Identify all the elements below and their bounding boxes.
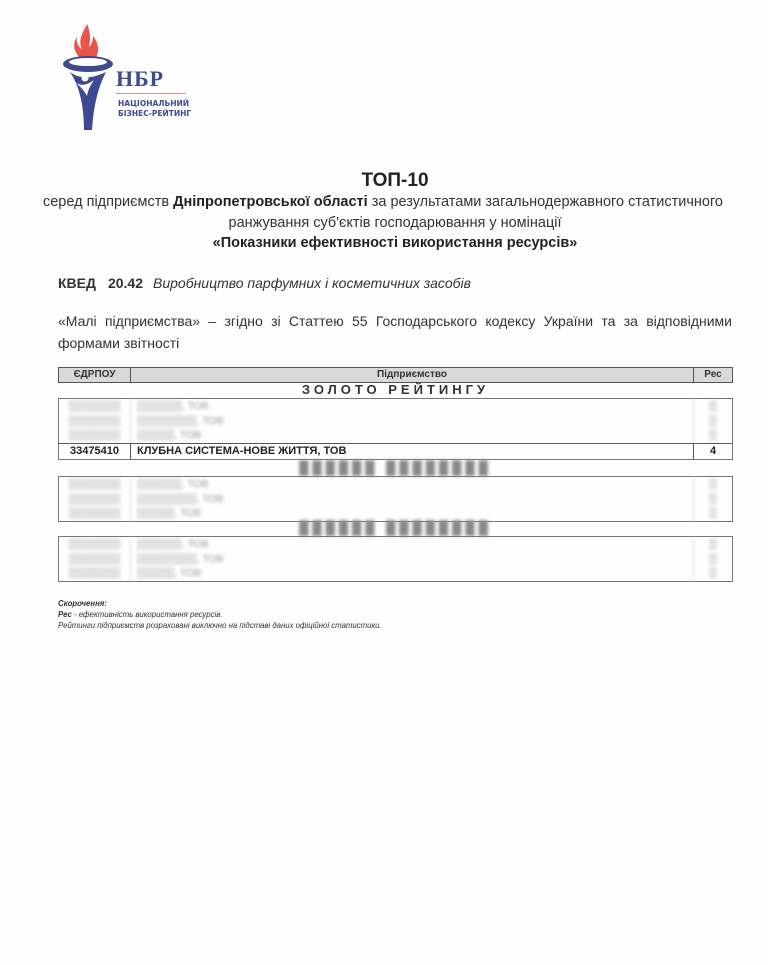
- section-group: ▒▒▒▒▒▒▒▒▒▒▒▒▒, ТОВ▒▒▒▒▒▒▒▒▒▒▒▒▒▒▒▒, ТОВ▒…: [58, 476, 733, 522]
- cell-edrpou: ▒▒▒▒▒▒▒: [59, 414, 131, 429]
- table-row: ▒▒▒▒▒▒▒▒▒▒▒▒▒, ТОВ▒: [59, 477, 732, 492]
- kved-code: 20.42: [108, 275, 143, 291]
- cell-edrpou: ▒▒▒▒▒▒▒: [59, 566, 131, 581]
- table-row: ▒▒▒▒▒▒▒▒▒▒▒▒▒, ТОВ▒: [59, 399, 732, 414]
- notes-disclaimer: Рейтинги підприємств розраховані виключн…: [58, 620, 382, 631]
- table-row: ▒▒▒▒▒▒▒▒▒▒▒▒▒▒▒, ТОВ▒: [59, 414, 732, 429]
- logo-subtitle: НАЦІОНАЛЬНИЙ БІЗНЕС-РЕЙТИНГ: [118, 99, 191, 119]
- torch-icon: [60, 22, 120, 134]
- section-title: ЗОЛОТО РЕЙТИНГУ: [58, 382, 733, 397]
- logo-subtitle-line1: НАЦІОНАЛЬНИЙ: [118, 99, 191, 109]
- cell-enterprise: КЛУБНА СИСТЕМА-НОВЕ ЖИТТЯ, ТОВ: [131, 444, 694, 459]
- table-row: ▒▒▒▒▒▒▒▒▒▒▒▒, ТОВ▒: [59, 506, 732, 521]
- cell-enterprise: ▒▒▒▒▒▒, ТОВ: [131, 399, 694, 414]
- subtitle-suffix: за результатами загальнодержавного стати…: [368, 194, 723, 210]
- cell-res: ▒: [694, 477, 732, 492]
- column-header-edrpou: ЄДРПОУ: [59, 368, 131, 382]
- kved-description: Виробництво парфумних і косметичних засо…: [153, 275, 471, 291]
- cell-enterprise: ▒▒▒▒▒▒▒▒, ТОВ: [131, 414, 694, 429]
- cell-edrpou: ▒▒▒▒▒▒▒: [59, 399, 131, 414]
- cell-edrpou: ▒▒▒▒▒▒▒: [59, 477, 131, 492]
- cell-enterprise: ▒▒▒▒▒, ТОВ: [131, 428, 694, 443]
- region-name: Дніпропетровської області: [173, 194, 368, 210]
- cell-edrpou: ▒▒▒▒▒▒▒: [59, 428, 131, 443]
- logo-abbreviation: НБР: [116, 66, 164, 92]
- section-title: ██████ ████████: [58, 460, 733, 475]
- kved-line: КВЕД20.42Виробництво парфумних і космети…: [58, 275, 471, 291]
- table-row: ▒▒▒▒▒▒▒▒▒▒▒▒▒, ТОВ▒: [59, 537, 732, 552]
- section-title: ██████ ████████: [58, 520, 733, 535]
- table-row: ▒▒▒▒▒▒▒▒▒▒▒▒, ТОВ▒: [59, 428, 732, 443]
- cell-res: ▒: [694, 566, 732, 581]
- cell-enterprise: ▒▒▒▒▒, ТОВ: [131, 566, 694, 581]
- cell-res: ▒: [694, 552, 732, 567]
- table-row: ▒▒▒▒▒▒▒▒▒▒▒▒▒▒▒, ТОВ▒: [59, 492, 732, 507]
- cell-res: ▒: [694, 414, 732, 429]
- notes-abbreviation: Рес - ефективність використання ресурсів…: [58, 609, 382, 620]
- cell-enterprise: ▒▒▒▒▒, ТОВ: [131, 506, 694, 521]
- cell-res: ▒: [694, 492, 732, 507]
- cell-enterprise: ▒▒▒▒▒▒, ТОВ: [131, 477, 694, 492]
- abbr-term: Рес: [58, 610, 72, 619]
- table-header: ЄДРПОУ Підприємство Рес: [58, 367, 733, 383]
- nbr-logo: НБР НАЦІОНАЛЬНИЙ БІЗНЕС-РЕЙТИНГ: [60, 22, 200, 134]
- footnotes: Скорочення: Рес - ефективність використа…: [58, 598, 382, 631]
- section-group: ▒▒▒▒▒▒▒▒▒▒▒▒▒, ТОВ▒▒▒▒▒▒▒▒▒▒▒▒▒▒▒▒, ТОВ▒…: [58, 398, 733, 460]
- cell-res: ▒: [694, 428, 732, 443]
- cell-res: ▒: [694, 399, 732, 414]
- logo-subtitle-line2: БІЗНЕС-РЕЙТИНГ: [118, 109, 191, 119]
- column-header-enterprise: Підприємство: [131, 368, 694, 382]
- cell-res: 4: [694, 444, 732, 459]
- cell-edrpou: 33475410: [59, 444, 131, 459]
- cell-edrpou: ▒▒▒▒▒▒▒: [59, 506, 131, 521]
- table-row: ▒▒▒▒▒▒▒▒▒▒▒▒▒▒▒, ТОВ▒: [59, 552, 732, 567]
- enterprise-category: «Малі підприємства» – згідно зі Статтею …: [58, 310, 732, 354]
- cell-edrpou: ▒▒▒▒▒▒▒: [59, 492, 131, 507]
- cell-enterprise: ▒▒▒▒▒▒▒▒, ТОВ: [131, 492, 694, 507]
- abbr-definition: - ефективність використання ресурсів.: [72, 610, 223, 619]
- kved-label: КВЕД: [58, 275, 96, 291]
- table-row: 33475410КЛУБНА СИСТЕМА-НОВЕ ЖИТТЯ, ТОВ4: [59, 443, 732, 459]
- document-page: НБР НАЦІОНАЛЬНИЙ БІЗНЕС-РЕЙТИНГ ТОП-10 с…: [0, 0, 768, 965]
- cell-res: ▒: [694, 506, 732, 521]
- nomination-title: «Показники ефективності використання рес…: [0, 235, 768, 251]
- cell-edrpou: ▒▒▒▒▒▒▒: [59, 537, 131, 552]
- cell-enterprise: ▒▒▒▒▒▒▒▒, ТОВ: [131, 552, 694, 567]
- cell-enterprise: ▒▒▒▒▒▒, ТОВ: [131, 537, 694, 552]
- subtitle-prefix: серед підприємств: [43, 194, 173, 210]
- cell-edrpou: ▒▒▒▒▒▒▒: [59, 552, 131, 567]
- page-title: ТОП-10: [0, 170, 768, 192]
- subtitle-line2: ранжування суб'єктів господарювання у но…: [0, 215, 768, 231]
- table-row: ▒▒▒▒▒▒▒▒▒▒▒▒, ТОВ▒: [59, 566, 732, 581]
- notes-heading: Скорочення:: [58, 598, 382, 609]
- section-group: ▒▒▒▒▒▒▒▒▒▒▒▒▒, ТОВ▒▒▒▒▒▒▒▒▒▒▒▒▒▒▒▒, ТОВ▒…: [58, 536, 733, 582]
- cell-res: ▒: [694, 537, 732, 552]
- column-header-res: Рес: [694, 368, 732, 382]
- subtitle-line1: серед підприємств Дніпропетровської обла…: [0, 194, 768, 210]
- logo-divider: [116, 93, 186, 94]
